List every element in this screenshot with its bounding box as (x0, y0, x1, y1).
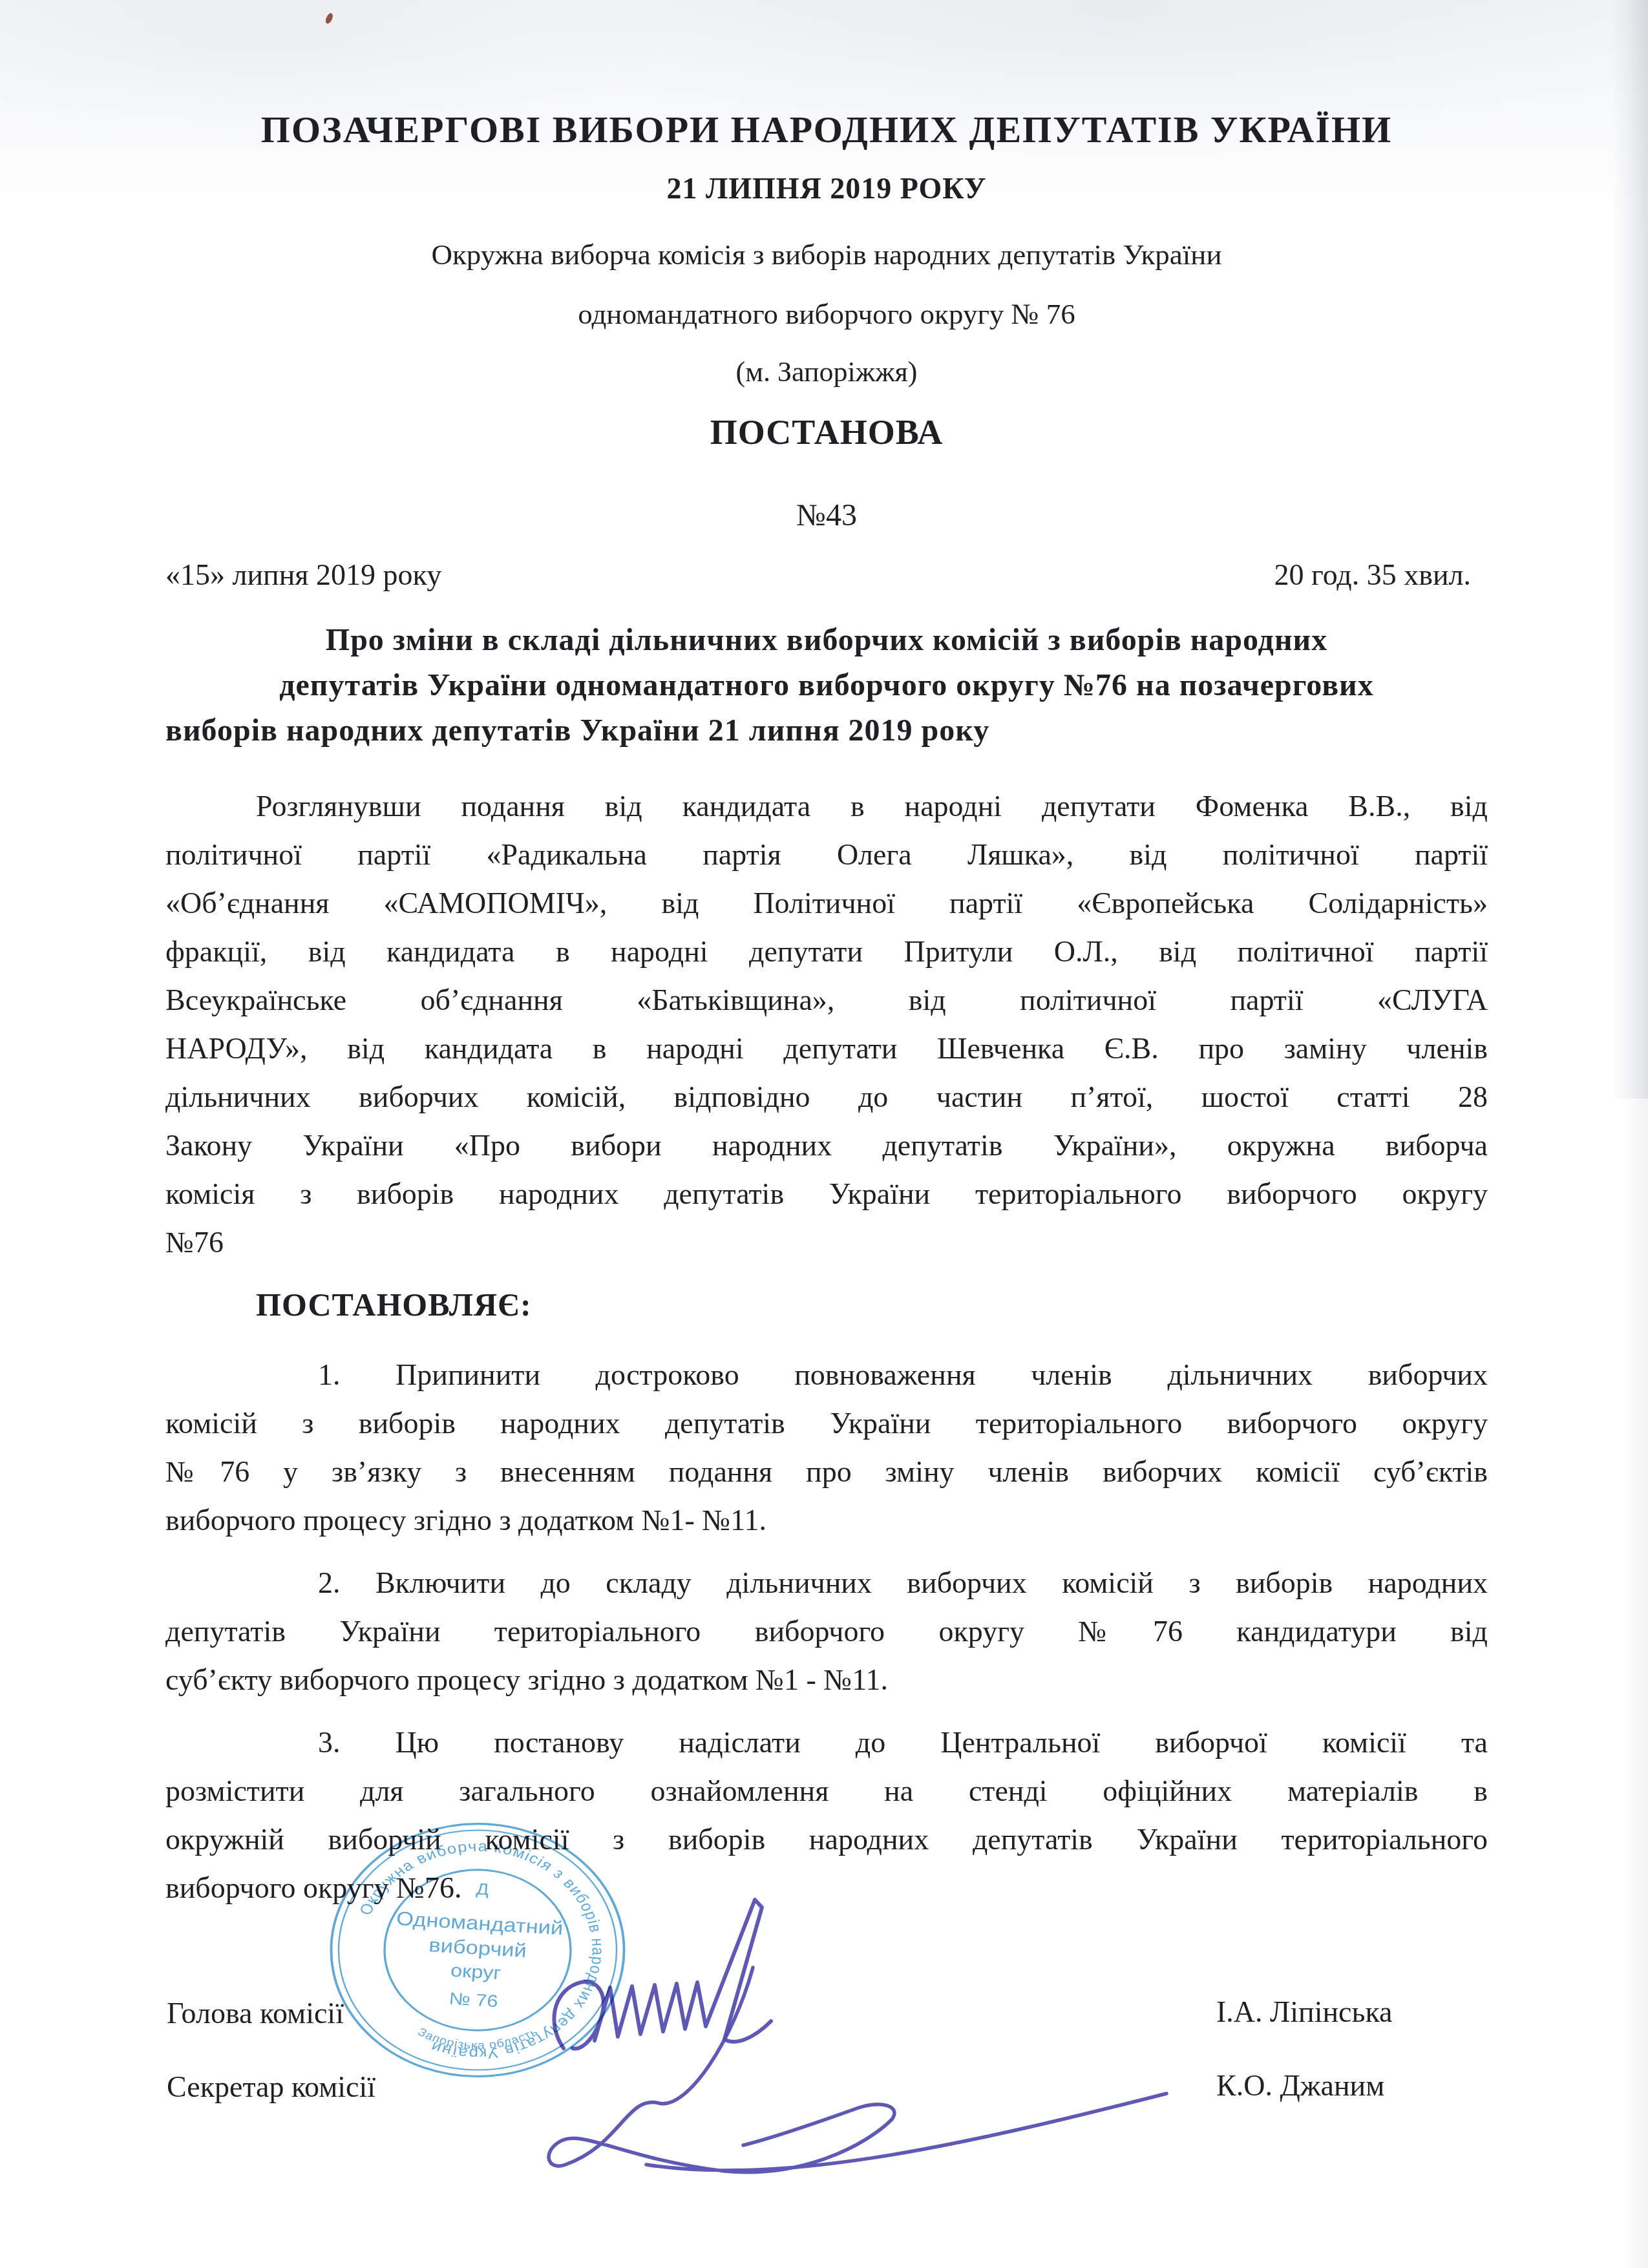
document-time: 20 год. 35 хвил. (1274, 556, 1471, 594)
resolution-item-3-line-2: розмістити для загального ознайомлення н… (165, 1767, 1488, 1815)
subject-title-line-3: виборів народних депутатів України 21 ли… (165, 708, 1488, 753)
preamble-line-8: Закону України «Про вибори народних депу… (165, 1121, 1488, 1170)
resolution-item-2: 2. Включити до складу дільничних виборчи… (165, 1559, 1488, 1704)
date-time-row: «15» липня 2019 року 20 год. 35 хвил. (165, 556, 1488, 594)
resolution-item-2-line-2: депутатів України територіального виборч… (165, 1607, 1488, 1655)
stamp-center-line2: виборчий (428, 1934, 527, 1961)
preamble: Розглянувши подання від кандидата в наро… (165, 782, 1488, 1266)
preamble-line-7: дільничних виборчих комісій, відповідно … (165, 1073, 1488, 1121)
scanned-resolution-page: ПОЗАЧЕРГОВІ ВИБОРИ НАРОДНИХ ДЕПУТАТІВ УК… (0, 0, 1648, 2268)
stamp-letter: Д (476, 1880, 490, 1898)
subject-title-line-2: депутатів України одномандатного виборчо… (165, 663, 1488, 708)
resolution-item-1-line-3: №76 у зв’язку з внесенням подання про зм… (165, 1447, 1488, 1496)
resolution-item-1: 1. Припинити достроково повноваження чле… (165, 1350, 1488, 1544)
document-type: ПОСТАНОВА (165, 411, 1488, 454)
preamble-line-2: політичної партії «Радикальна партія Оле… (165, 830, 1488, 879)
preamble-line-3: «Об’єднання «САМОПОМІЧ», від Політичної … (165, 879, 1488, 927)
district-line: одномандатного виборчого округу № 76 (165, 295, 1488, 333)
document-number: №43 (165, 496, 1488, 535)
chairman-role-label: Голова комісії (167, 1994, 344, 2033)
scan-right-shadow (1612, 0, 1648, 1098)
resolution-item-2-line-3: суб’єкту виборчого процесу згідно з дода… (165, 1655, 1488, 1704)
preamble-line-4: фракції, від кандидата в народні депутат… (165, 927, 1488, 976)
commission-name-line: Окружна виборча комісія з виборів народн… (165, 235, 1488, 274)
signatures-ink (530, 1887, 1215, 2249)
scan-right-shadow-lower (1622, 1098, 1648, 2268)
subject-title-line-1: Про зміни в складі дільничних виборчих к… (165, 618, 1488, 663)
preamble-line-6: НАРОДУ», від кандидата в народні депутат… (165, 1024, 1488, 1073)
stamp-center-line3: округ (450, 1960, 502, 1984)
resolution-item-1-line-2: комісій з виборів народних депутатів Укр… (165, 1399, 1488, 1447)
preamble-line-9: комісія з виборів народних депутатів Укр… (165, 1170, 1488, 1218)
chairman-signature (554, 1900, 771, 2048)
preamble-line-5: Всеукраїнське об’єднання «Батьківщина», … (165, 976, 1488, 1024)
resolution-item-1-line-4: виборчого процесу згідно з додатком №1- … (165, 1496, 1488, 1544)
secretary-signature (549, 1968, 1167, 2172)
subject-title: Про зміни в складі дільничних виборчих к… (165, 618, 1488, 753)
chairman-name: І.А. Ліпінська (1216, 1993, 1393, 2032)
resolves-label: ПОСТАНОВЛЯЄ: (165, 1285, 1488, 1325)
election-title-line: ПОЗАЧЕРГОВІ ВИБОРИ НАРОДНИХ ДЕПУТАТІВ УК… (165, 107, 1488, 152)
city-line: (м. Запоріжжя) (165, 353, 1488, 392)
preamble-line-1: Розглянувши подання від кандидата в наро… (165, 782, 1488, 830)
document-date: «15» липня 2019 року (165, 556, 441, 594)
resolution-item-3-line-1: 3. Цю постанову надіслати до Центральної… (165, 1718, 1488, 1767)
secretary-role-label: Секретар комісії (167, 2068, 375, 2106)
secretary-name: К.О. Джаним (1216, 2066, 1384, 2105)
resolution-item-2-line-1: 2. Включити до складу дільничних виборчи… (165, 1559, 1488, 1607)
document-content: ПОЗАЧЕРГОВІ ВИБОРИ НАРОДНИХ ДЕПУТАТІВ УК… (165, 0, 1488, 1912)
resolution-item-1-line-1: 1. Припинити достроково повноваження чле… (165, 1350, 1488, 1399)
preamble-line-10: №76 (165, 1218, 1488, 1266)
stamp-center-line4: № 76 (449, 1990, 499, 2011)
election-date-line: 21 ЛИПНЯ 2019 РОКУ (165, 169, 1488, 208)
